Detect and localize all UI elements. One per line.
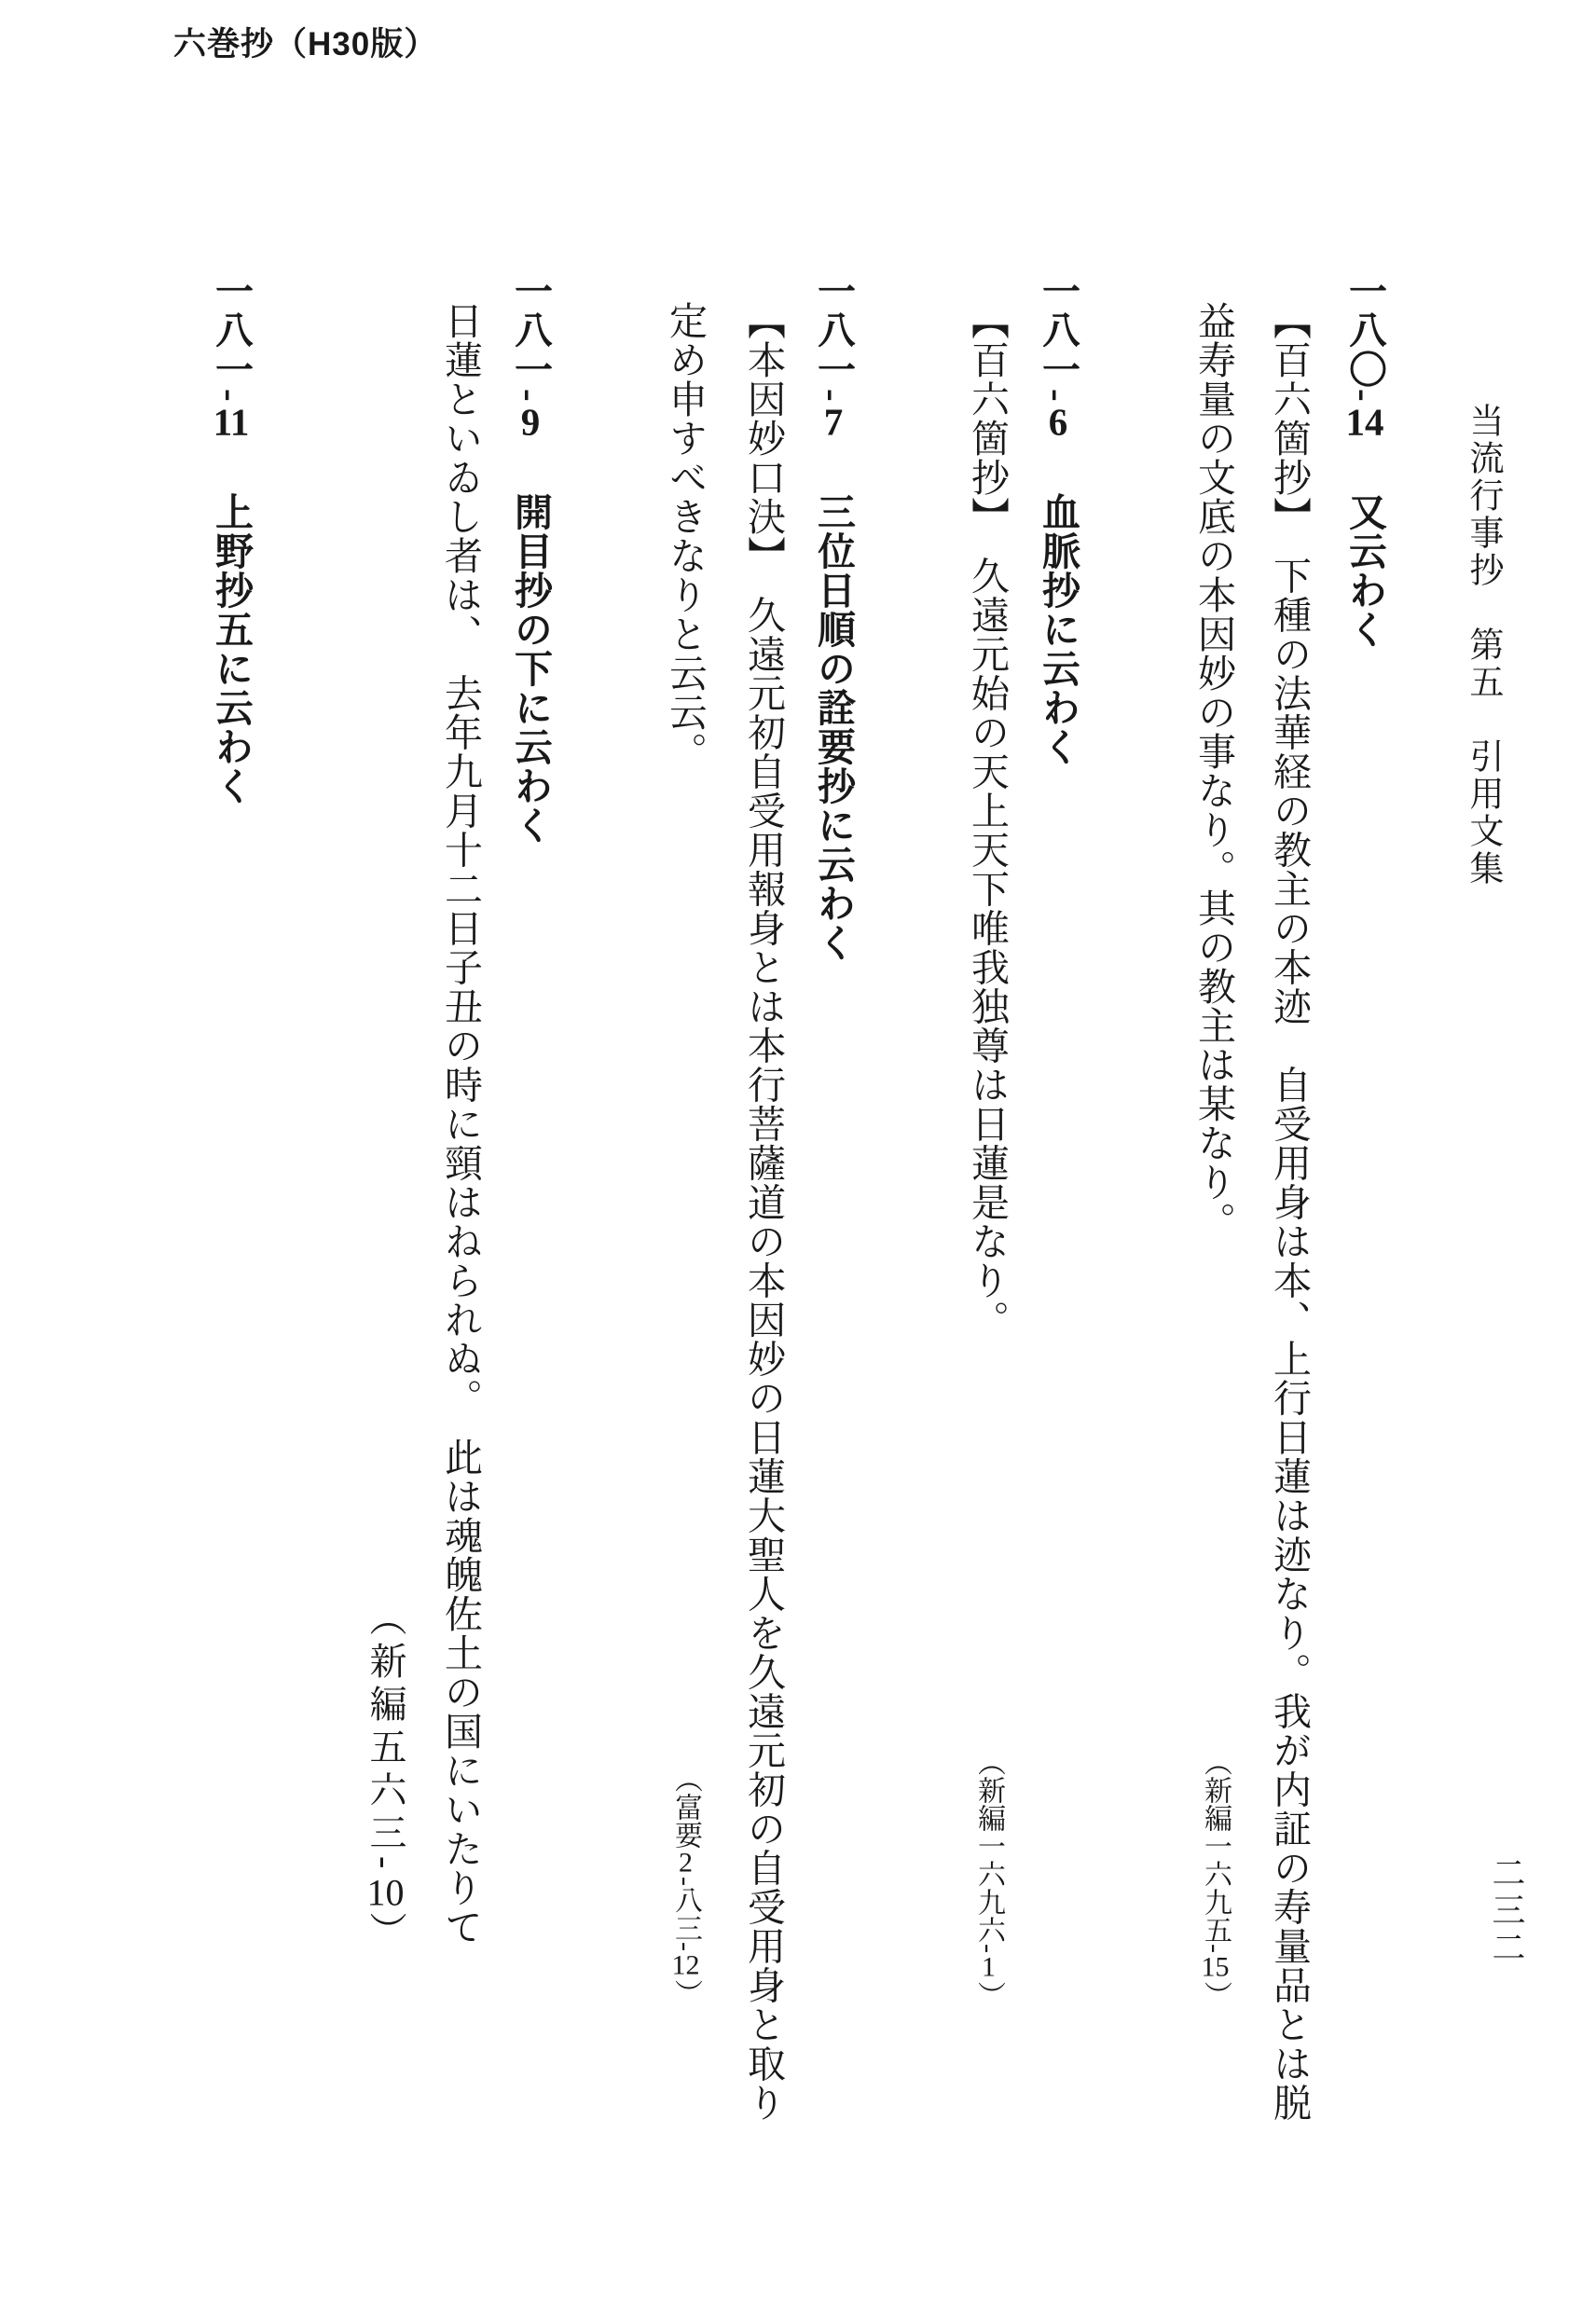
s3-citation-text: （富要 <box>670 1765 701 1849</box>
s2-citation: （新編一六九六-1） <box>972 1748 1004 2009</box>
s1-citation-text: （新編一六九五- <box>1200 1748 1231 1953</box>
s4-heading-code: 9 <box>509 403 552 441</box>
s4-citation-num: 10 <box>365 1874 406 1911</box>
s3-heading-code: 7 <box>812 403 855 441</box>
s5-heading-code: 11 <box>210 403 253 441</box>
s2-heading-title: 血脈抄に云わく <box>1037 492 1080 766</box>
s2-body-line-1: 【百六箇抄】 久遠元始の天上天下唯我独尊は日蓮是なり。 <box>966 301 1009 1340</box>
s2-citation-text: （新編一六九六- <box>973 1748 1004 1953</box>
s2-heading-num: 一八一- <box>1037 271 1080 403</box>
s4-heading-num: 一八一- <box>509 271 552 403</box>
s2-heading-code: 6 <box>1037 403 1080 441</box>
s3-heading: 一八一-7三位日順の詮要抄に云わく <box>812 271 855 962</box>
s5-heading: 一八一-11上野抄五に云わく <box>210 271 253 805</box>
s2-citation-num: 1 <box>973 1953 1004 1981</box>
s4-citation-close: ） <box>365 1911 406 1954</box>
s1-heading-code: 14 <box>1343 403 1386 441</box>
s1-body-line-1: 【百六箇抄】 下種の法華経の教主の本迹 自受用身は本、上行日蓮は迹なり。我が内証… <box>1268 301 1311 2123</box>
s1-body-line-2: 益寿量の文底の本因妙の事なり。其の教主は某なり。 <box>1192 301 1235 1241</box>
s3-citation-num2: 12 <box>670 1951 701 1979</box>
s1-citation-close: ） <box>1200 1981 1231 2009</box>
s3-citation: （富要2-八三-12） <box>669 1765 701 2007</box>
s3-citation-mid: -八三- <box>670 1877 701 1951</box>
s3-heading-title: 三位日順の詮要抄に云わく <box>812 492 855 962</box>
s3-body-line-1: 【本因妙口決】 久遠元初自受用報身とは本行菩薩道の本因妙の日蓮大聖人を久遠元初の… <box>742 301 785 2123</box>
s3-body-line-2: 定め申すべきなりと云云。 <box>664 301 707 771</box>
page-number: 二三二 <box>1486 1855 1527 1967</box>
s4-heading: 一八一-9開目抄の下に云わく <box>509 271 552 845</box>
document-header: 六巻抄（H30版） <box>173 19 437 65</box>
s3-heading-num: 一八一- <box>812 271 855 403</box>
s1-heading-title: 又云わく <box>1343 492 1386 649</box>
document-page: 六巻抄（H30版） 当流行事抄 第五 引用文集 二三二 一八〇-14又云わく 【… <box>0 0 1596 2312</box>
s2-heading: 一八一-6血脈抄に云わく <box>1037 271 1080 766</box>
s1-heading-num: 一八〇- <box>1343 271 1386 403</box>
s3-citation-num: 2 <box>670 1849 701 1877</box>
s4-heading-title: 開目抄の下に云わく <box>509 492 552 845</box>
s1-citation-num: 15 <box>1200 1953 1231 1981</box>
s5-heading-num: 一八一- <box>210 271 253 403</box>
s5-heading-title: 上野抄五に云わく <box>210 492 253 805</box>
running-title: 当流行事抄 第五 引用文集 <box>1460 403 1505 888</box>
s2-citation-close: ） <box>973 1981 1004 2009</box>
s4-body-line-1: 日蓮といゐし者は、 去年九月十二日子丑の時に頸はねられぬ。 此は魂魄佐土の国にい… <box>439 301 482 1947</box>
s3-citation-end: ） <box>670 1979 701 2007</box>
s1-citation: （新編一六九五-15） <box>1199 1748 1231 2009</box>
s4-citation-text: （新編五六三- <box>365 1599 406 1874</box>
s1-heading: 一八〇-14又云わく <box>1343 271 1386 649</box>
s4-citation: （新編五六三-10） <box>365 1599 406 1954</box>
